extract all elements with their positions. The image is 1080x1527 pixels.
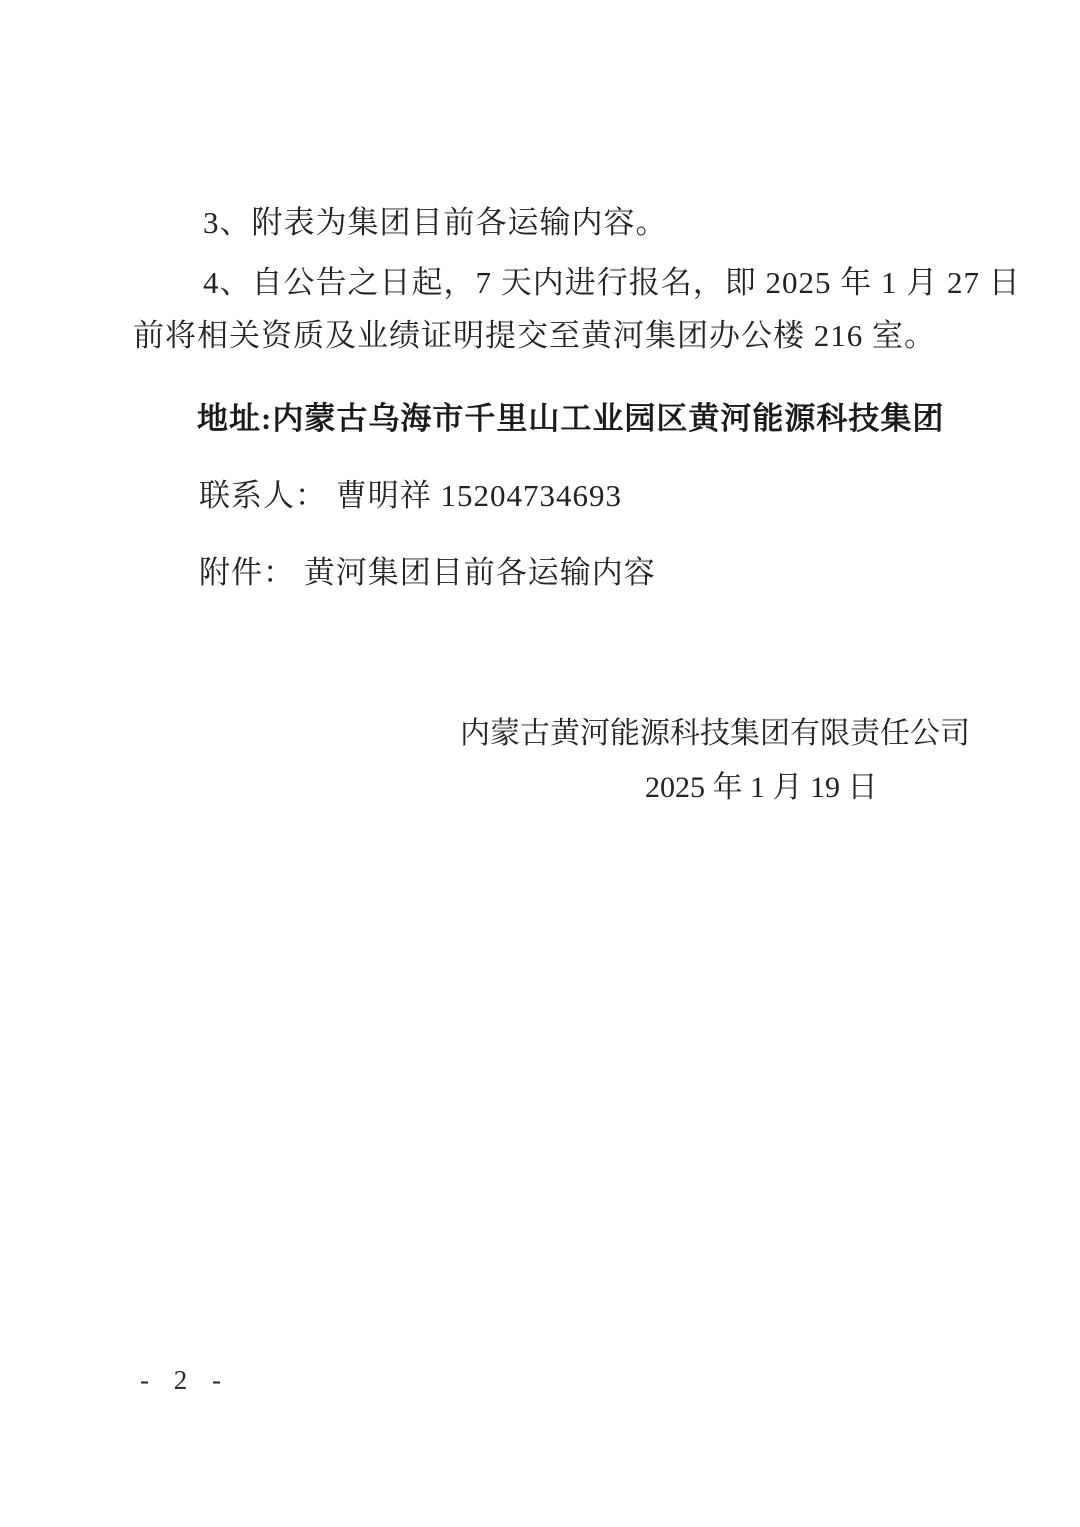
signature-date: 2025 年 1 月 19 日	[645, 770, 878, 806]
list-item-4-line-2: 前将相关资质及业绩证明提交至黄河集团办公楼 216 室。	[133, 317, 936, 354]
list-item-4-line-1: 4、自公告之日起，7 天内进行报名，即 2025 年 1 月 27 日	[203, 264, 1021, 301]
signature-company: 内蒙古黄河能源科技集团有限责任公司	[460, 716, 970, 752]
attachment-line: 附件： 黄河集团目前各运输内容	[199, 554, 656, 591]
document-page: 3、附表为集团目前各运输内容。 4、自公告之日起，7 天内进行报名，即 2025…	[0, 0, 1080, 1527]
page-number: - 2 -	[140, 1364, 230, 1396]
address-line: 地址:内蒙古乌海市千里山工业园区黄河能源科技集团	[197, 400, 944, 437]
list-item-3: 3、附表为集团目前各运输内容。	[203, 204, 668, 241]
contact-line: 联系人： 曹明祥 15204734693	[199, 477, 622, 514]
